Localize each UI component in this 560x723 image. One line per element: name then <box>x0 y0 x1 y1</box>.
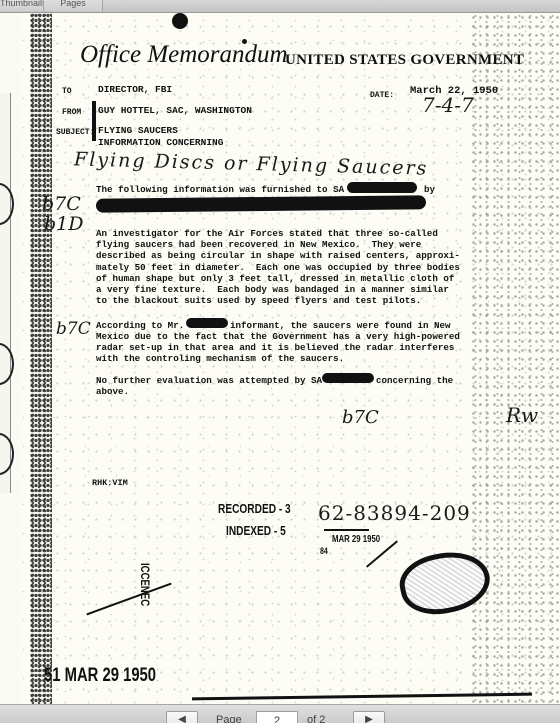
paragraph-3-end: above. <box>96 386 129 397</box>
ink-blob <box>395 544 496 621</box>
document-page: Office Memorandum UNITED STATES GOVERNME… <box>22 13 560 704</box>
punch-hole <box>0 433 14 475</box>
subject-label: SUBJECT: <box>56 128 94 137</box>
tab-bar: Thumbnails Pages <box>0 0 560 13</box>
handwritten-b7c: b7C <box>342 407 379 428</box>
tab-pages[interactable]: Pages <box>44 0 103 11</box>
tab-thumbnails[interactable]: Thumbnails <box>0 0 44 11</box>
redaction <box>347 182 417 193</box>
intro-by: by <box>424 184 435 195</box>
paragraph-2-start: According to Mr. <box>96 320 184 331</box>
stamp-recorded: RECORDED - 3 <box>218 501 291 516</box>
paragraph-1: An investigator for the Air Forces state… <box>96 228 460 306</box>
paragraph-2-cont: informant, the saucers were found in New <box>230 320 451 331</box>
punch-hole <box>0 343 14 385</box>
next-page-button[interactable]: ▶ <box>353 711 385 723</box>
pen-stroke <box>86 583 171 616</box>
paragraph-3-start: No further evaluation was attempted by S… <box>96 375 322 386</box>
adjacent-page-edge <box>0 93 11 493</box>
margin-note-b7d: b1D <box>44 213 83 235</box>
subject-line-2: INFORMATION CONCERNING <box>98 137 223 148</box>
scan-noise-right <box>470 13 560 704</box>
margin-note-b7c: b7C <box>42 193 81 215</box>
margin-note-b7c-2: b7C <box>56 319 91 339</box>
handwritten-heading: Flying Discs or Flying Saucers <box>74 148 429 179</box>
letterhead-bullet <box>242 39 247 44</box>
file-number-underline <box>324 529 369 531</box>
punch-hole <box>0 183 14 225</box>
prev-page-button[interactable]: ◀ <box>166 711 198 723</box>
file-number: 62-83894-209 <box>318 501 471 525</box>
scan-edge <box>30 13 52 704</box>
triangle-right-icon: ▶ <box>365 714 373 723</box>
document-viewer[interactable]: Office Memorandum UNITED STATES GOVERNME… <box>0 13 560 704</box>
handwritten-initials: Rw <box>506 403 538 427</box>
to-value: DIRECTOR, FBI <box>98 84 172 95</box>
handwritten-date-mark: 7-4-7 <box>422 93 474 117</box>
page-number-input[interactable] <box>256 711 298 723</box>
stamp-84: 84 <box>320 546 328 556</box>
intro-line: The following information was furnished … <box>96 184 344 195</box>
redaction <box>96 195 426 212</box>
letterhead-title: Office Memorandum <box>80 41 288 69</box>
page-label: Page <box>216 714 242 723</box>
subject-line-1: FLYING SAUCERS <box>98 125 178 136</box>
letterhead-government: UNITED STATES GOVERNMENT <box>285 52 524 69</box>
from-value: GUY HOTTEL, SAC, WASHINGTON <box>98 105 252 116</box>
ink-blot <box>172 13 188 29</box>
redaction <box>322 373 374 383</box>
stamp-indexed: INDEXED - 5 <box>226 523 286 538</box>
date-label: DATE: <box>370 91 394 100</box>
paragraph-3-cont: concerning the <box>376 375 453 386</box>
typist-initials: RHK:VIM <box>92 478 128 489</box>
page-count-label: of 2 <box>307 714 325 723</box>
stamp-rotated: ICCENEC <box>138 563 152 606</box>
pen-stroke <box>192 693 532 701</box>
page-navigation-bar: ◀ Page of 2 ▶ <box>0 704 560 723</box>
stamp-date-bottom: 51 MAR 29 1950 <box>44 665 156 687</box>
stamp-date-right: MAR 29 1950 <box>332 534 380 545</box>
redaction <box>186 318 228 328</box>
triangle-left-icon: ◀ <box>178 714 186 723</box>
paragraph-2-rest: Mexico due to the fact that the Governme… <box>96 331 460 365</box>
header-bracket <box>92 101 96 141</box>
from-label: FROM <box>62 108 81 117</box>
to-label: TO <box>62 87 72 96</box>
